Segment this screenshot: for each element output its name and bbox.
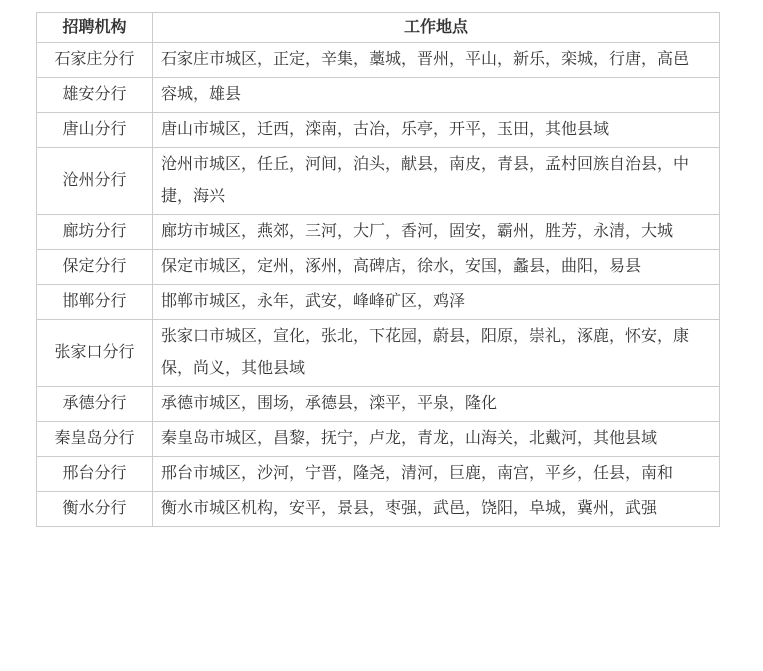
table-row: 张家口分行 张家口市城区，宣化，张北，下花园，蔚县，阳原，崇礼，涿鹿，怀安，康保… [37,320,720,387]
header-row: 招聘机构 工作地点 [37,13,720,43]
org-cell: 保定分行 [37,250,153,285]
org-cell: 秦皇岛分行 [37,422,153,457]
org-cell: 衡水分行 [37,492,153,527]
table-row: 保定分行 保定市城区，定州，涿州，高碑店，徐水，安国，蠡县，曲阳，易县 [37,250,720,285]
header-org: 招聘机构 [37,13,153,43]
table-row: 沧州分行 沧州市城区，任丘，河间，泊头，献县，南皮，青县，孟村回族自治县，中捷，… [37,148,720,215]
table-row: 秦皇岛分行 秦皇岛市城区，昌黎，抚宁，卢龙，青龙，山海关，北戴河，其他县域 [37,422,720,457]
org-cell: 廊坊分行 [37,215,153,250]
org-cell: 邯郸分行 [37,285,153,320]
recruitment-table: 招聘机构 工作地点 石家庄分行 石家庄市城区，正定，辛集，藁城，晋州，平山，新乐… [36,12,720,527]
locations-cell: 沧州市城区，任丘，河间，泊头，献县，南皮，青县，孟村回族自治县，中捷，海兴 [153,148,720,215]
org-cell: 沧州分行 [37,148,153,215]
org-cell: 张家口分行 [37,320,153,387]
table-row: 邢台分行 邢台市城区，沙河，宁晋，隆尧，清河，巨鹿，南宫，平乡，任县，南和 [37,457,720,492]
locations-cell: 保定市城区，定州，涿州，高碑店，徐水，安国，蠡县，曲阳，易县 [153,250,720,285]
locations-cell: 邯郸市城区，永年，武安，峰峰矿区，鸡泽 [153,285,720,320]
locations-cell: 张家口市城区，宣化，张北，下花园，蔚县，阳原，崇礼，涿鹿，怀安，康保，尚义，其他… [153,320,720,387]
table-row: 石家庄分行 石家庄市城区，正定，辛集，藁城，晋州，平山，新乐，栾城，行唐，高邑 [37,43,720,78]
locations-cell: 邢台市城区，沙河，宁晋，隆尧，清河，巨鹿，南宫，平乡，任县，南和 [153,457,720,492]
table-row: 廊坊分行 廊坊市城区，燕郊，三河，大厂，香河，固安，霸州，胜芳，永清，大城 [37,215,720,250]
locations-cell: 唐山市城区，迁西，滦南，古冶，乐亭，开平，玉田，其他县域 [153,113,720,148]
locations-cell: 廊坊市城区，燕郊，三河，大厂，香河，固安，霸州，胜芳，永清，大城 [153,215,720,250]
table-row: 承德分行 承德市城区，围场，承德县，滦平，平泉，隆化 [37,387,720,422]
header-location: 工作地点 [153,13,720,43]
table-row: 衡水分行 衡水市城区机构，安平，景县，枣强，武邑，饶阳，阜城，冀州，武强 [37,492,720,527]
org-cell: 承德分行 [37,387,153,422]
org-cell: 雄安分行 [37,78,153,113]
table-row: 邯郸分行 邯郸市城区，永年，武安，峰峰矿区，鸡泽 [37,285,720,320]
locations-cell: 衡水市城区机构，安平，景县，枣强，武邑，饶阳，阜城，冀州，武强 [153,492,720,527]
org-cell: 石家庄分行 [37,43,153,78]
org-cell: 唐山分行 [37,113,153,148]
locations-cell: 承德市城区，围场，承德县，滦平，平泉，隆化 [153,387,720,422]
locations-cell: 秦皇岛市城区，昌黎，抚宁，卢龙，青龙，山海关，北戴河，其他县域 [153,422,720,457]
table-row: 唐山分行 唐山市城区，迁西，滦南，古冶，乐亭，开平，玉田，其他县域 [37,113,720,148]
page-body: 招聘机构 工作地点 石家庄分行 石家庄市城区，正定，辛集，藁城，晋州，平山，新乐… [0,0,763,527]
locations-cell: 容城，雄县 [153,78,720,113]
table-row: 雄安分行 容城，雄县 [37,78,720,113]
locations-cell: 石家庄市城区，正定，辛集，藁城，晋州，平山，新乐，栾城，行唐，高邑 [153,43,720,78]
org-cell: 邢台分行 [37,457,153,492]
